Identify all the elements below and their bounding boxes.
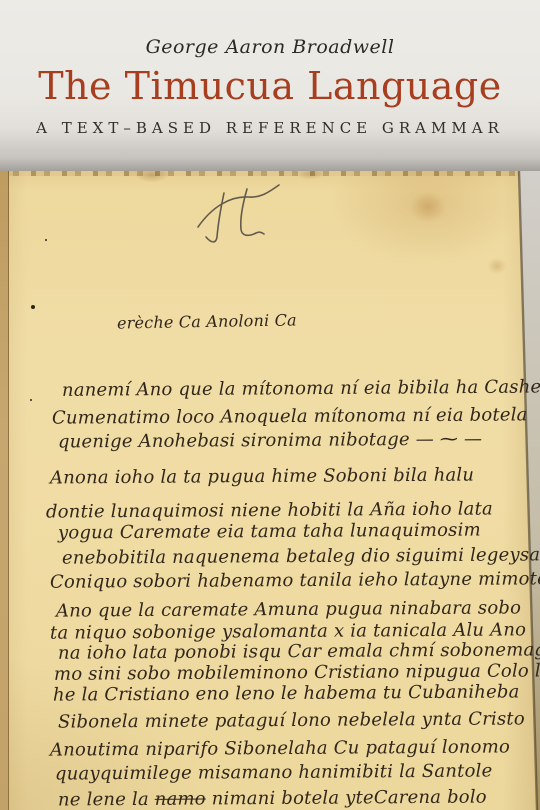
ink-speck: [30, 399, 32, 401]
ink-speck: [45, 239, 47, 241]
struck-word: namo: [155, 788, 206, 809]
struck-line-pre: ne lene la: [58, 789, 155, 810]
manuscript-line: enebobitila naquenema betaleg dio siguim…: [62, 544, 540, 568]
paper-left-edge: [0, 171, 9, 810]
pencil-monogram: [190, 181, 290, 251]
author-name: George Aaron Broadwell: [0, 36, 540, 58]
paper-deckled-edge: [0, 171, 540, 176]
manuscript-heading: erèche Ca Anoloni Ca: [117, 310, 297, 332]
book-subtitle: A TEXT–BASED REFERENCE GRAMMAR: [0, 119, 540, 137]
manuscript-photo: erèche Ca Anoloni Ca nanemí Ano que la m…: [0, 171, 540, 810]
manuscript-line-struck: ne lene la namo nimani botela yteCarena …: [58, 787, 487, 810]
book-cover: { "cover": { "author": "George Aaron Bro…: [0, 0, 540, 810]
book-title: The Timucua Language: [0, 64, 540, 108]
ink-speck: [31, 305, 35, 309]
manuscript-line: Anoutima niparifo Sibonelaha Cu pataguí …: [50, 736, 510, 760]
struck-line-post: nimani botela yteCarena bolo: [206, 787, 487, 810]
manuscript-line: Cumenatimo loco Anoquela mítonoma ní eia…: [52, 404, 528, 428]
manuscript-line: he la Cristiano eno leno le habema tu Cu…: [53, 681, 520, 705]
manuscript-line: quayquimilege misamano hanimibiti la San…: [55, 760, 493, 784]
manuscript-line: Sibonela minete pataguí lono nebelela yn…: [58, 708, 525, 732]
manuscript-line: Coniquo sobori habenamo tanila ieho lata…: [50, 568, 540, 592]
manuscript-line: Anona ioho la ta pugua hime Soboni bila …: [50, 465, 474, 489]
manuscript-line: Ano que la caremate Amuna pugua ninabara…: [56, 597, 521, 621]
manuscript-line: nanemí Ano que la mítonoma ní eia bibila…: [62, 376, 540, 401]
cover-section: George Aaron Broadwell The Timucua Langu…: [0, 0, 540, 172]
manuscript-line: yogua Caremate eia tama taha lunaquimosi…: [58, 520, 481, 544]
manuscript-line: quenige Anohebasi sironima nibotage — ⁓ …: [58, 429, 482, 453]
